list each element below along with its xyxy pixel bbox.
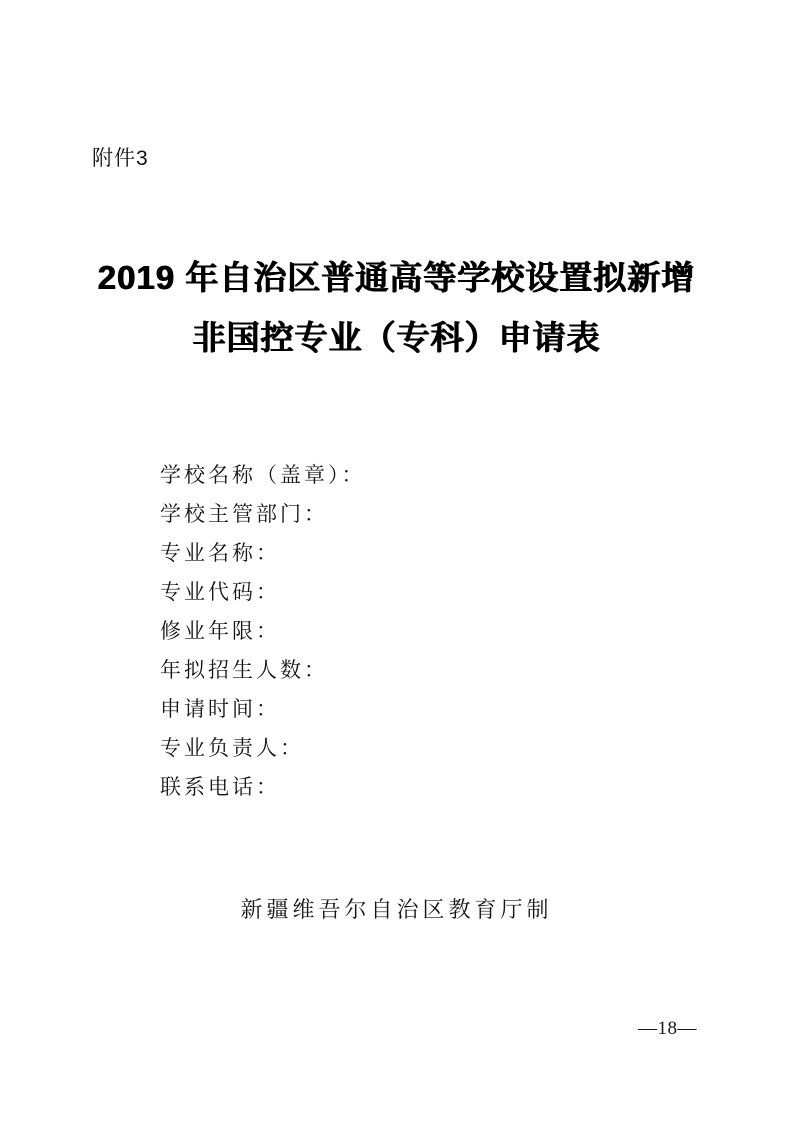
field-study-duration: 修业年限： bbox=[160, 612, 640, 651]
issuing-authority: 新疆维吾尔自治区教育厅制 bbox=[0, 893, 793, 924]
field-application-date: 申请时间： bbox=[160, 690, 640, 729]
field-planned-enrollment: 年拟招生人数： bbox=[160, 651, 640, 690]
document-title: 2019 年自治区普通高等学校设置拟新增 非国控专业（专科）申请表 bbox=[0, 248, 793, 368]
form-field-list: 学校名称（盖章）： 学校主管部门： 专业名称： 专业代码： 修业年限： 年拟招生… bbox=[160, 456, 640, 807]
document-title-line-2: 非国控专业（专科）申请表 bbox=[0, 308, 793, 368]
document-page: 附件3 2019 年自治区普通高等学校设置拟新增 非国控专业（专科）申请表 学校… bbox=[0, 0, 793, 1122]
field-school-authority: 学校主管部门： bbox=[160, 495, 640, 534]
field-contact-phone: 联系电话： bbox=[160, 768, 640, 807]
page-number: —18— bbox=[638, 1018, 697, 1040]
field-major-name: 专业名称： bbox=[160, 534, 640, 573]
field-school-name: 学校名称（盖章）： bbox=[160, 456, 640, 495]
field-major-director: 专业负责人： bbox=[160, 729, 640, 768]
document-title-line-1: 2019 年自治区普通高等学校设置拟新增 bbox=[0, 248, 793, 308]
field-major-code: 专业代码： bbox=[160, 573, 640, 612]
attachment-label: 附件3 bbox=[92, 142, 149, 172]
